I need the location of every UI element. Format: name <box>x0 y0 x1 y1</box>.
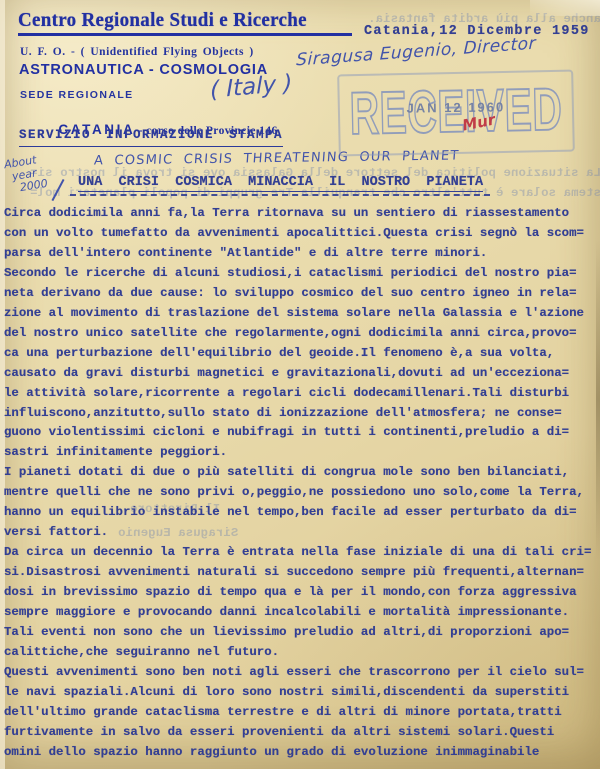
body-line: I pianeti dotati di due o più satelliti … <box>4 463 600 483</box>
body-line: Da circa un decennio la Terra è entrata … <box>4 543 600 563</box>
body-line: del nostro unico satellite che regolarme… <box>4 324 600 344</box>
body-line: versi fattori. <box>4 523 600 543</box>
handwritten-author-note: Siragusa Eugenio, Director <box>296 34 536 71</box>
body-line: guono violentissimi cicloni e nubifragi … <box>4 423 600 443</box>
body-line: ca una perturbazione dell'equilibrio del… <box>4 344 600 364</box>
body-line: hanno un equilibrio instabile nel tempo,… <box>4 503 600 523</box>
body-line: mentre quelli che ne sono privi o,peggio… <box>4 483 600 503</box>
body-line: sempre maggiore e provocando danni incal… <box>4 603 600 623</box>
handwritten-margin-note: About year 2000 <box>3 153 48 196</box>
body-line: neta derivano da due cause: lo sviluppo … <box>4 284 600 304</box>
page-corner-highlight <box>530 0 600 16</box>
body-line: dosi in brevissimo spazio di tempo qua e… <box>4 583 600 603</box>
org-name: Centro Regionale Studi e Ricerche <box>18 9 307 32</box>
body-line: influiscono,anzitutto,sullo stato di ion… <box>4 404 600 424</box>
body-line: le navi spaziali.Alcuni di loro sono nos… <box>4 683 600 703</box>
body-line: Secondo le ricerche di alcuni studiosi,i… <box>4 264 600 284</box>
body-text: Circa dodicimila anni fa,la Terra ritorn… <box>4 204 600 763</box>
body-line: si.Disastrosi avvenimenti naturali si su… <box>4 563 600 583</box>
body-line: le attività solare,ricorrente a regolari… <box>4 384 600 404</box>
scanned-letter-page: anche alla più ardita fantasia.La situaz… <box>0 0 600 769</box>
body-line: furtivamente in salvo da esseri provenie… <box>4 723 600 743</box>
body-line: Questi avvenimenti sono ben noti agli es… <box>4 663 600 683</box>
body-line: dell'ultimo grande cataclisma terrestre … <box>4 703 600 723</box>
body-line: con un volto tumefatto da avvenimenti ap… <box>4 224 600 244</box>
body-line: Tali eventi non sono che un lievissimo p… <box>4 623 600 643</box>
org-name-underline <box>18 33 352 36</box>
press-service-heading: SERVIZIO INFORMAZIONE STAMPA <box>19 128 283 147</box>
body-line: omini dello spazio hanno raggiunto un gr… <box>4 743 600 763</box>
body-line: causato da gravi disturbi magnetici e gr… <box>4 364 600 384</box>
received-stamp: RECEIVED JAN 12 1960 Mur <box>337 70 575 157</box>
regional-seat-label: SEDE REGIONALE <box>20 89 134 101</box>
body-line: sastri infinitamente peggiori. <box>4 443 600 463</box>
ufo-subtitle: U. F. O. - ( Unidentified Flying Objects… <box>20 46 254 58</box>
body-line: Circa dodicimila anni fa,la Terra ritorn… <box>4 204 600 224</box>
body-line: parsa dell'intero continente "Atlantide"… <box>4 244 600 264</box>
title-dashed-underline <box>70 194 490 196</box>
body-line: zione al movimento di traslazione del si… <box>4 304 600 324</box>
document-title: UNA CRISI COSMICA MINACCIA IL NOSTRO PIA… <box>78 175 483 192</box>
body-line: calittiche,che seguiranno nel futuro. <box>4 643 600 663</box>
